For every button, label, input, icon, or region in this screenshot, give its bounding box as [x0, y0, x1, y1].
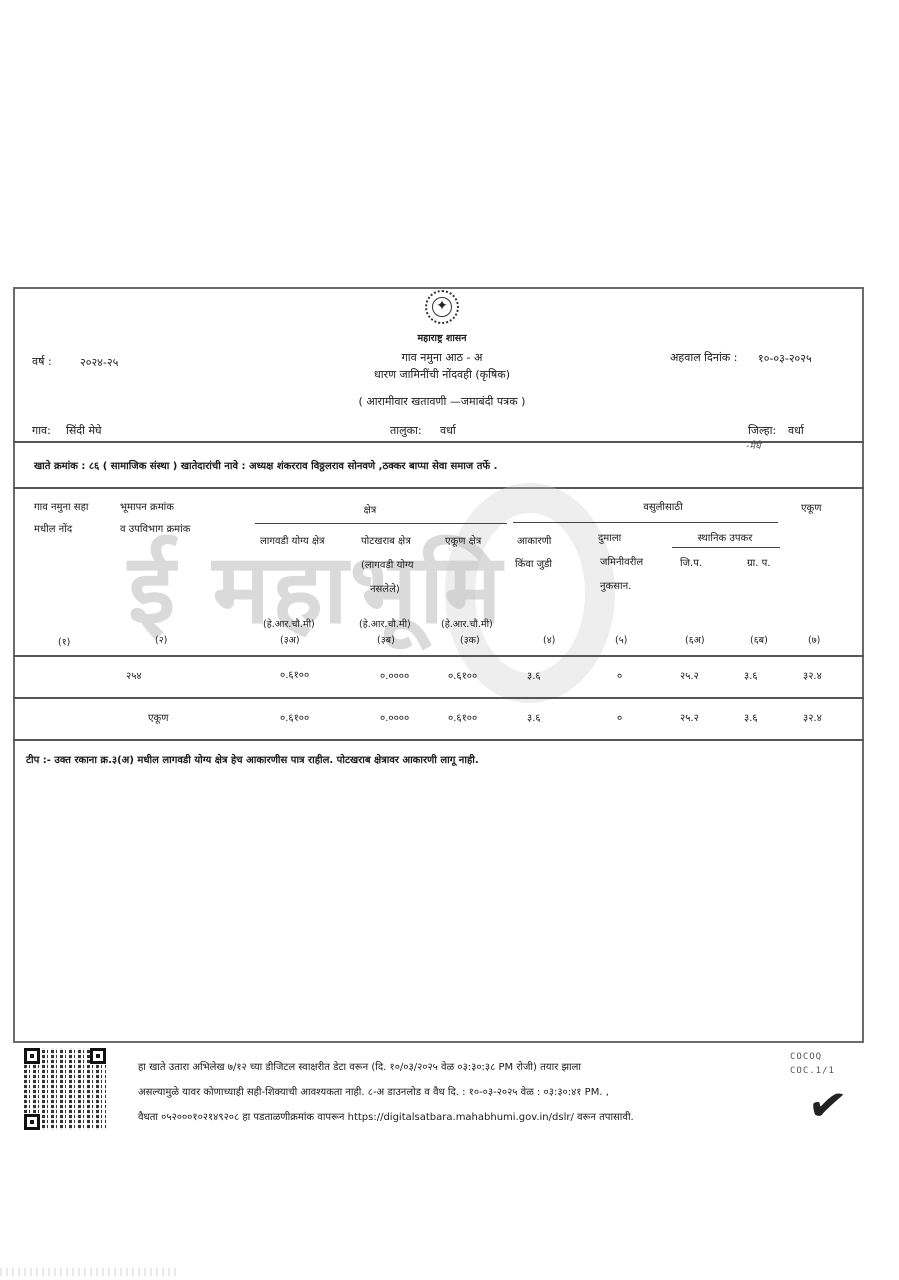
cell-survey-number: २५४ — [126, 668, 142, 682]
year-value: २०२४-२५ — [80, 355, 118, 370]
cell-zp-cess: २५.२ — [680, 668, 699, 682]
col3a-header: लागवडी योग्य क्षेत्र — [260, 533, 325, 547]
footer-line-3: वैधता ०५२०००१०२१४९२०८ हा पडताळणीक्रमांक … — [138, 1109, 634, 1123]
report-date-value: १०-०३-२०२५ — [758, 351, 812, 366]
col3b-sub-line1: (लागवडी योग्य — [361, 557, 414, 571]
col4-header-line2: किंवा जुडी — [515, 556, 552, 570]
taluka-value: वर्धा — [440, 423, 456, 438]
form-title: गाव नमुना आठ - अ — [340, 350, 544, 365]
total-cultivable-area: ०.६१०० — [280, 710, 309, 724]
col3b-sub-line2: नसलेले) — [370, 581, 400, 595]
col7-header: एकूण — [801, 500, 821, 514]
local-cess-rule — [672, 547, 780, 548]
col1-header-line1: गाव नमुना सहा — [34, 497, 88, 519]
col-number-6a: (६अ) — [685, 633, 705, 646]
check-mark-icon: ✔ — [804, 1076, 850, 1135]
col3k-header: एकूण क्षेत्र — [445, 533, 481, 547]
col3a-unit: (हे.आर.चौ.मी) — [263, 617, 315, 630]
area-group-header: क्षेत्र — [340, 502, 400, 516]
col5-header-line1: दुमाला — [598, 530, 621, 544]
col2-header-line1: भूमापन क्रमांक — [120, 497, 190, 519]
col6b-header: ग्रा. प. — [747, 555, 770, 569]
col5-header-line2: जमिनीवरील — [600, 554, 643, 568]
col-number-7: (७) — [808, 633, 820, 646]
total-uncultivable-area: ०.०००० — [380, 710, 409, 724]
form-note: ( आरामीवार खतावणी —जमाबंदी पत्रक ) — [320, 394, 564, 409]
total-label: एकूण — [148, 710, 168, 724]
header-divider — [13, 441, 864, 443]
col1-header-line2: मधील नोंद — [34, 519, 88, 541]
stamp-code-1: COCOQ — [790, 1052, 822, 1062]
qr-finder-top-left — [24, 1048, 40, 1064]
qr-finder-top-right — [90, 1048, 106, 1064]
table-bottom-border — [13, 739, 864, 741]
col-number-5: (५) — [615, 633, 627, 646]
footer-line-2: असल्यामुळे यावर कोणाच्याही सही-शिक्याची … — [138, 1084, 609, 1098]
col-number-2: (२) — [155, 633, 167, 646]
cell-uncultivable-area: ०.०००० — [380, 668, 409, 682]
total-zp-cess: २५.२ — [680, 710, 699, 724]
table-top-border — [13, 487, 864, 489]
footer-line-1: हा खाते उतारा अभिलेख ७/१२ च्या डीजिटल स्… — [138, 1059, 581, 1073]
header-bottom-border — [13, 655, 864, 657]
cell-total-area: ०.६१०० — [448, 668, 477, 682]
cell-gp-cess: ३.६ — [744, 668, 758, 682]
recovery-group-rule — [513, 522, 778, 523]
district-label: जिल्हा: — [748, 423, 776, 438]
cell-row-total: ३२.४ — [803, 668, 822, 682]
total-assessment: ३.६ — [527, 710, 541, 724]
stamp-code-2: COC.1/1 — [790, 1066, 835, 1076]
col-number-6b: (६ब) — [750, 633, 768, 646]
area-group-rule — [255, 523, 507, 524]
col3b-header: पोटखराब क्षेत्र — [361, 533, 411, 547]
total-area: ०.६१०० — [448, 710, 477, 724]
col5-header-line3: नुकसान. — [600, 578, 631, 592]
col-number-4: (४) — [543, 633, 555, 646]
report-date-label: अहवाल दिनांक : — [670, 350, 737, 365]
total-dumala-loss: ० — [617, 710, 622, 724]
cell-cultivable-area: ०.६१०० — [280, 667, 309, 681]
col3b-unit: (हे.आर.चौ.मी) — [359, 617, 411, 630]
cell-assessment: ३.६ — [527, 668, 541, 682]
cell-dumala-loss: ० — [617, 668, 622, 682]
col-number-3b: (३ब) — [377, 633, 395, 646]
total-gp-cess: ३.६ — [744, 710, 758, 724]
col2-header: भूमापन क्रमांक व उपविभाग क्रमांक — [120, 497, 190, 541]
col-number-1: (१) — [58, 635, 70, 648]
emblem-caption: महाराष्ट्र शासन — [380, 331, 504, 344]
village-value: सिंदी मेघे — [66, 423, 102, 438]
maharashtra-emblem-icon — [425, 290, 459, 324]
col-number-3a: (३अ) — [280, 633, 300, 646]
qr-finder-bottom-left — [24, 1114, 40, 1130]
footnote: टीप :- उक्त रकाना क्र.३(अ) मधील लागवडी य… — [26, 752, 479, 766]
district-value: वर्धा — [788, 423, 804, 438]
taluka-label: तालुका: — [390, 423, 422, 438]
village-label: गाव: — [32, 423, 51, 438]
col-number-3k: (३क) — [460, 633, 480, 646]
recovery-group-header: वसुलीसाठी — [618, 499, 708, 513]
local-cess-header: स्थानिक उपकर — [670, 530, 780, 544]
scan-artifact — [0, 1268, 180, 1276]
col4-header-line1: आकारणी — [517, 533, 551, 547]
col3k-unit: (हे.आर.चौ.मी) — [441, 617, 493, 630]
col2-header-line2: व उपविभाग क्रमांक — [120, 519, 190, 541]
row-divider — [13, 697, 864, 699]
col1-header: गाव नमुना सहा मधील नोंद — [34, 497, 88, 541]
form-subtitle: धारण जामिनींची नोंदवही (कृषिक) — [320, 367, 564, 382]
year-label: वर्ष : — [32, 354, 52, 369]
account-details: खाते क्रमांक : ८६ ( सामाजिक संस्था ) खात… — [34, 458, 497, 472]
col6a-header: जि.प. — [680, 555, 702, 569]
total-grand: ३२.४ — [803, 710, 822, 724]
